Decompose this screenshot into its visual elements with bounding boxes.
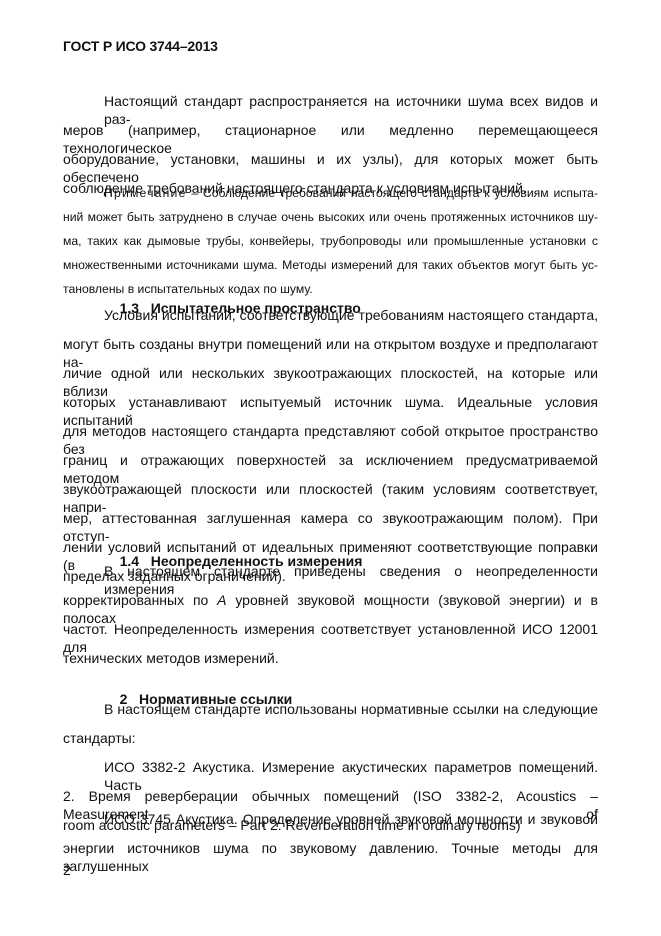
document-page: ГОСТ Р ИСО 3744–2013 Настоящий стандарт …: [0, 0, 661, 936]
note-line: ма, таких как дымовые трубы, конвейеры, …: [63, 232, 598, 250]
document-header: ГОСТ Р ИСО 3744–2013: [63, 38, 218, 54]
paragraph-line: Условия испытаний, соответствующие требо…: [104, 306, 598, 324]
reference-line: энергии источников шума по звуковому дав…: [63, 839, 598, 875]
note-label: Примечание: [104, 186, 187, 200]
page-number: 2: [63, 862, 71, 878]
note-line: ний может быть затруднено в случае очень…: [63, 208, 598, 226]
paragraph-line: В настоящем стандарте использованы норма…: [104, 700, 598, 718]
paragraph-line: стандарты:: [63, 729, 598, 747]
note-line: Примечание – Соблюдение требований насто…: [104, 184, 598, 202]
note-line: множественными источниками шума. Методы …: [63, 256, 598, 274]
reference-line: ИСО 3745 Акустика. Определение уровней з…: [104, 810, 598, 828]
paragraph-line: технических методов измерений.: [63, 649, 598, 667]
note-text: – Соблюдение требований настоящего станд…: [187, 186, 598, 200]
